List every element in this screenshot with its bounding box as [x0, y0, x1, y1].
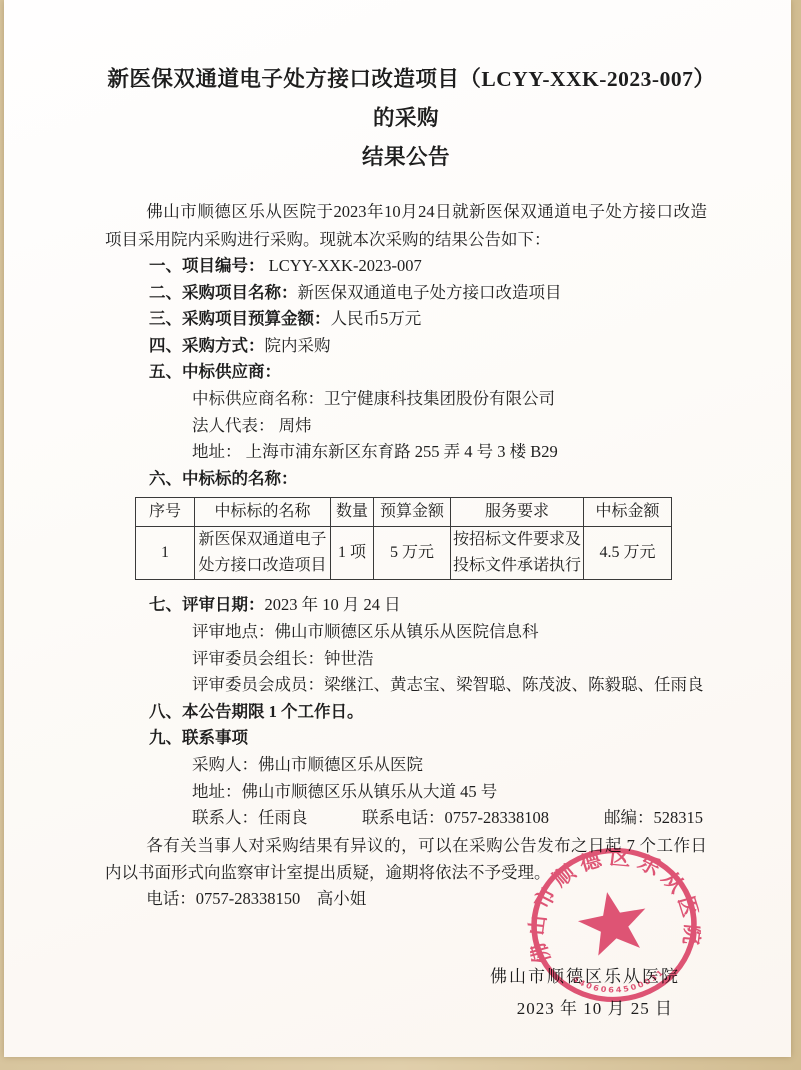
section-3-label: 三、采购项目预算金额：: [149, 309, 331, 328]
header-quantity: 数量: [331, 498, 374, 527]
review-committee-members: 评审委员会成员：梁继江、黄志宝、梁智聪、陈茂波、陈毅聪、任雨良: [192, 672, 707, 699]
cell-budget: 5 万元: [374, 527, 451, 580]
table-row: 1 新医保双通道电子处方接口改造项目 1 项 5 万元 按招标文件要求及投标文件…: [136, 527, 672, 580]
header-seq: 序号: [136, 498, 195, 527]
header-service: 服务要求: [451, 498, 584, 527]
intro-paragraph: 佛山市顺德区乐从医院于2023年10月24日就新医保双通道电子处方接口改造项目采…: [105, 198, 707, 253]
section-2-project-name: 二、采购项目名称：新医保双通道电子处方接口改造项目: [149, 280, 707, 307]
cell-seq: 1: [136, 527, 195, 580]
section-1-project-number: 一、项目编号： LCYY-XXK-2023-007: [149, 253, 707, 280]
award-table-header-row: 序号 中标标的名称 数量 预算金额 服务要求 中标金额: [136, 498, 672, 527]
official-seal-graphic: 佛山市顺德区乐从医院 4406064500031: [521, 838, 706, 1012]
cell-service: 按招标文件要求及投标文件承诺执行: [451, 527, 584, 580]
contact-phone: 联系电话：0757-28338108: [362, 805, 604, 832]
section-8-label: 八、本公告期限 1 个工作日。: [149, 702, 364, 721]
header-item-name: 中标标的名称: [195, 498, 331, 527]
section-4-method: 四、采购方式：院内采购: [149, 333, 707, 360]
seal-org-arc-text: 佛山市顺德区乐从医院: [521, 838, 706, 967]
supplier-name: 中标供应商名称：卫宁健康科技集团股份有限公司: [192, 386, 707, 413]
cell-quantity: 1 项: [331, 527, 374, 580]
document-page: 新医保双通道电子处方接口改造项目（LCYY-XXK-2023-007）的采购 结…: [4, 0, 791, 1057]
section-4-value: 院内采购: [265, 336, 331, 355]
section-9-contact-heading: 九、联系事项: [149, 725, 707, 752]
supplier-address: 地址： 上海市浦东新区东育路 255 弄 4 号 3 楼 B29: [192, 439, 707, 466]
title-line-1: 新医保双通道电子处方接口改造项目（LCYY-XXK-2023-007）的采购: [105, 60, 707, 138]
legal-representative: 法人代表： 周炜: [192, 413, 707, 440]
cell-item-name: 新医保双通道电子处方接口改造项目: [195, 527, 331, 580]
section-5-label: 五、中标供应商：: [149, 362, 281, 381]
section-7-value: 2023 年 10 月 24 日: [265, 595, 401, 614]
section-6-label: 六、中标标的名称：: [149, 469, 298, 488]
official-seal: 佛山市顺德区乐从医院 4406064500031: [521, 838, 706, 1012]
section-3-value: 人民币5万元: [331, 309, 422, 328]
header-award-amount: 中标金额: [584, 498, 672, 527]
section-2-value: 新医保双通道电子处方接口改造项目: [298, 283, 562, 302]
section-1-label: 一、项目编号：: [149, 256, 265, 275]
section-8-notice-period: 八、本公告期限 1 个工作日。: [149, 699, 707, 726]
section-1-value: LCYY-XXK-2023-007: [269, 256, 422, 275]
section-7-label: 七、评审日期：: [149, 595, 265, 614]
section-6-award-heading: 六、中标标的名称：: [149, 466, 707, 493]
title-line-2: 结果公告: [105, 138, 707, 177]
section-3-budget: 三、采购项目预算金额：人民币5万元: [149, 306, 707, 333]
review-committee-leader: 评审委员会组长：钟世浩: [192, 646, 707, 673]
header-budget: 预算金额: [374, 498, 451, 527]
review-place: 评审地点：佛山市顺德区乐从镇乐从医院信息科: [192, 619, 707, 646]
buyer-address: 地址：佛山市顺德区乐从镇乐从大道 45 号: [192, 779, 707, 806]
section-9-label: 九、联系事项: [149, 728, 248, 747]
document-title: 新医保双通道电子处方接口改造项目（LCYY-XXK-2023-007）的采购 结…: [105, 60, 707, 177]
seal-star-icon: [573, 886, 652, 958]
section-4-label: 四、采购方式：: [149, 336, 265, 355]
award-table: 序号 中标标的名称 数量 预算金额 服务要求 中标金额 1 新医保双通道电子处方…: [135, 497, 672, 580]
contact-row: 联系人：任雨良 联系电话：0757-28338108 邮编：528315: [192, 805, 707, 832]
section-7-review-date: 七、评审日期：2023 年 10 月 24 日: [149, 592, 707, 619]
buyer-name: 采购人：佛山市顺德区乐从医院: [192, 752, 707, 779]
contact-person: 联系人：任雨良: [192, 805, 362, 832]
section-2-label: 二、采购项目名称：: [149, 283, 298, 302]
scanned-document: { "document": { "title_line1": "新医保双通道电子…: [0, 0, 801, 1070]
cell-award-amount: 4.5 万元: [584, 527, 672, 580]
section-5-supplier-heading: 五、中标供应商：: [149, 359, 707, 386]
postal-code: 邮编：528315: [604, 805, 703, 832]
